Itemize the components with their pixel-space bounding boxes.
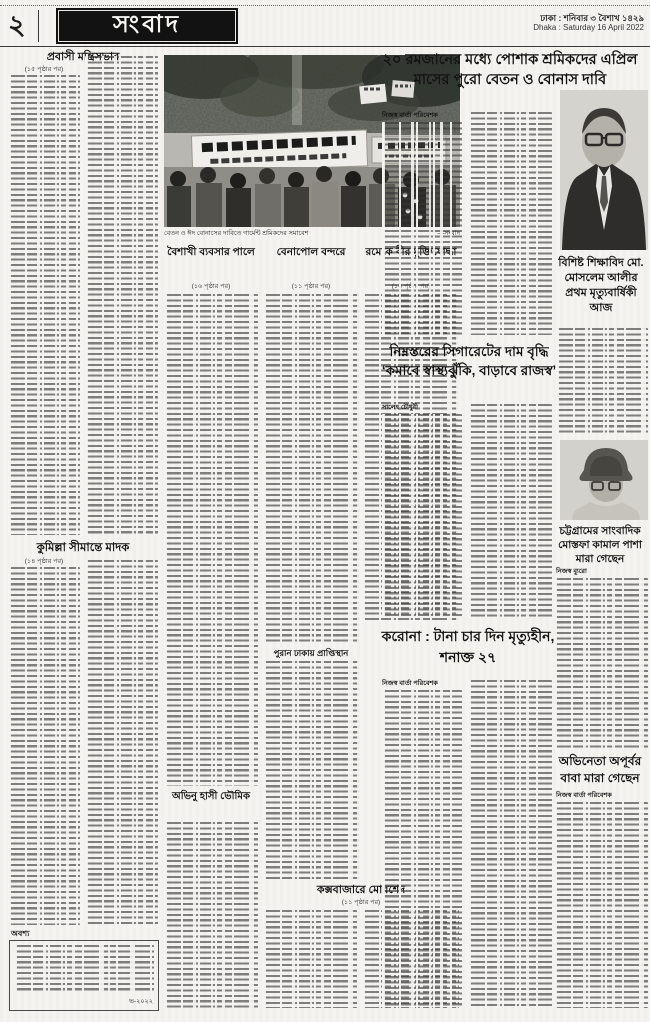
notice-code: ভ-২০২২ bbox=[129, 996, 153, 1007]
body-text-column bbox=[382, 122, 462, 335]
body-text-column bbox=[382, 690, 462, 1008]
benapole-headline: বেনাপোল বন্দরে bbox=[263, 246, 359, 259]
pasha-headline: চট্টগ্রামের সাংবাদিক মোস্তফা কামাল পাশা … bbox=[552, 524, 648, 566]
body-text-column bbox=[85, 560, 158, 925]
body-text-column bbox=[468, 404, 552, 618]
probashi-continued-tag: (১৫ পৃষ্ঠার পর) bbox=[8, 66, 80, 74]
body-text-column bbox=[8, 567, 80, 925]
corona-headline: করোনা : টানা চার দিন মৃত্যুহীন, শনাক্ত ২… bbox=[378, 626, 558, 668]
boishakhi-headline: বৈশাখী ব্যবসার পালে bbox=[164, 246, 258, 259]
body-text-column bbox=[556, 328, 648, 436]
cumilla-headline: কুমিল্লা সীমান্তে মাদক bbox=[8, 541, 158, 555]
notice-text bbox=[14, 945, 154, 991]
benapole-continued-tag: (১১ পৃষ্ঠার পর) bbox=[263, 283, 359, 291]
body-text-column bbox=[164, 294, 258, 786]
apurba-headline: অভিনেতা অপূর্বর বাবা মারা গেছেন bbox=[552, 753, 648, 787]
header-rule bbox=[0, 46, 650, 47]
pasha-portrait-photo bbox=[560, 440, 648, 520]
body-text-column bbox=[164, 822, 258, 1008]
header-divider bbox=[38, 10, 39, 42]
dateline: ঢাকা : শনিবার ৩ বৈশাখ ১৪২৯ Dhaka : Satur… bbox=[533, 13, 644, 33]
pasha-byline: নিজস্ব ব্যুরো bbox=[556, 568, 587, 576]
dateline-english: Dhaka : Saturday 16 April 2022 bbox=[533, 23, 644, 33]
corona-byline: নিজস্ব বার্তা পরিবেশক bbox=[382, 680, 438, 688]
body-text-column bbox=[263, 661, 359, 879]
cumilla-continued-tag: (১৪ পৃষ্ঠার পর) bbox=[8, 558, 80, 566]
garment-byline: নিজস্ব বার্তা পরিবেশক bbox=[382, 112, 438, 120]
newspaper-page: ২ সংবাদ ঢাকা : শনিবার ৩ বৈশাখ ১৪২৯ Dhaka… bbox=[0, 0, 650, 1022]
dateline-bengali: ঢাকা : শনিবার ৩ বৈশাখ ১৪২৯ bbox=[533, 13, 644, 23]
body-text-column bbox=[263, 294, 359, 644]
body-text-column bbox=[468, 680, 552, 1008]
bhowmik-headline: অভিনু হাসী ভৌমিক bbox=[164, 790, 258, 803]
garment-headline: ২০ রমজানের মধ্যে পোশাক শ্রমিকদের এপ্রিল … bbox=[382, 50, 638, 90]
apurba-byline: নিজস্ব বার্তা পরিবেশক bbox=[556, 792, 612, 800]
body-text-column bbox=[468, 112, 552, 335]
moslem-headline: বিশিষ্ট শিক্ষাবিদ মো. মোসলেম আলীর প্রথম … bbox=[554, 256, 648, 316]
cigarette-headline: নিম্নস্তরের সিগারেটের দাম বৃদ্ধি ‘কমাবে … bbox=[380, 342, 558, 380]
purana-subhead: পুরান ঢাকায় প্রাপ্তিস্থান bbox=[263, 648, 359, 658]
boishakhi-continued-tag: (১৬ পৃষ্ঠার পর) bbox=[164, 283, 258, 291]
body-text-column bbox=[382, 414, 462, 618]
body-text-column bbox=[8, 75, 80, 535]
body-text-column bbox=[554, 802, 648, 1008]
top-dotted-rule bbox=[0, 5, 650, 6]
body-text-column bbox=[554, 578, 648, 750]
moslem-portrait-photo bbox=[560, 90, 648, 250]
page-number: ২ bbox=[8, 8, 26, 42]
masthead-logo: সংবাদ bbox=[56, 8, 238, 44]
body-text-column bbox=[263, 910, 357, 1008]
body-text-column bbox=[85, 56, 158, 535]
notice-box: ভ-২০২২ bbox=[9, 940, 159, 1011]
cigarette-byline: সালেহ চৌধুরী bbox=[382, 404, 418, 412]
